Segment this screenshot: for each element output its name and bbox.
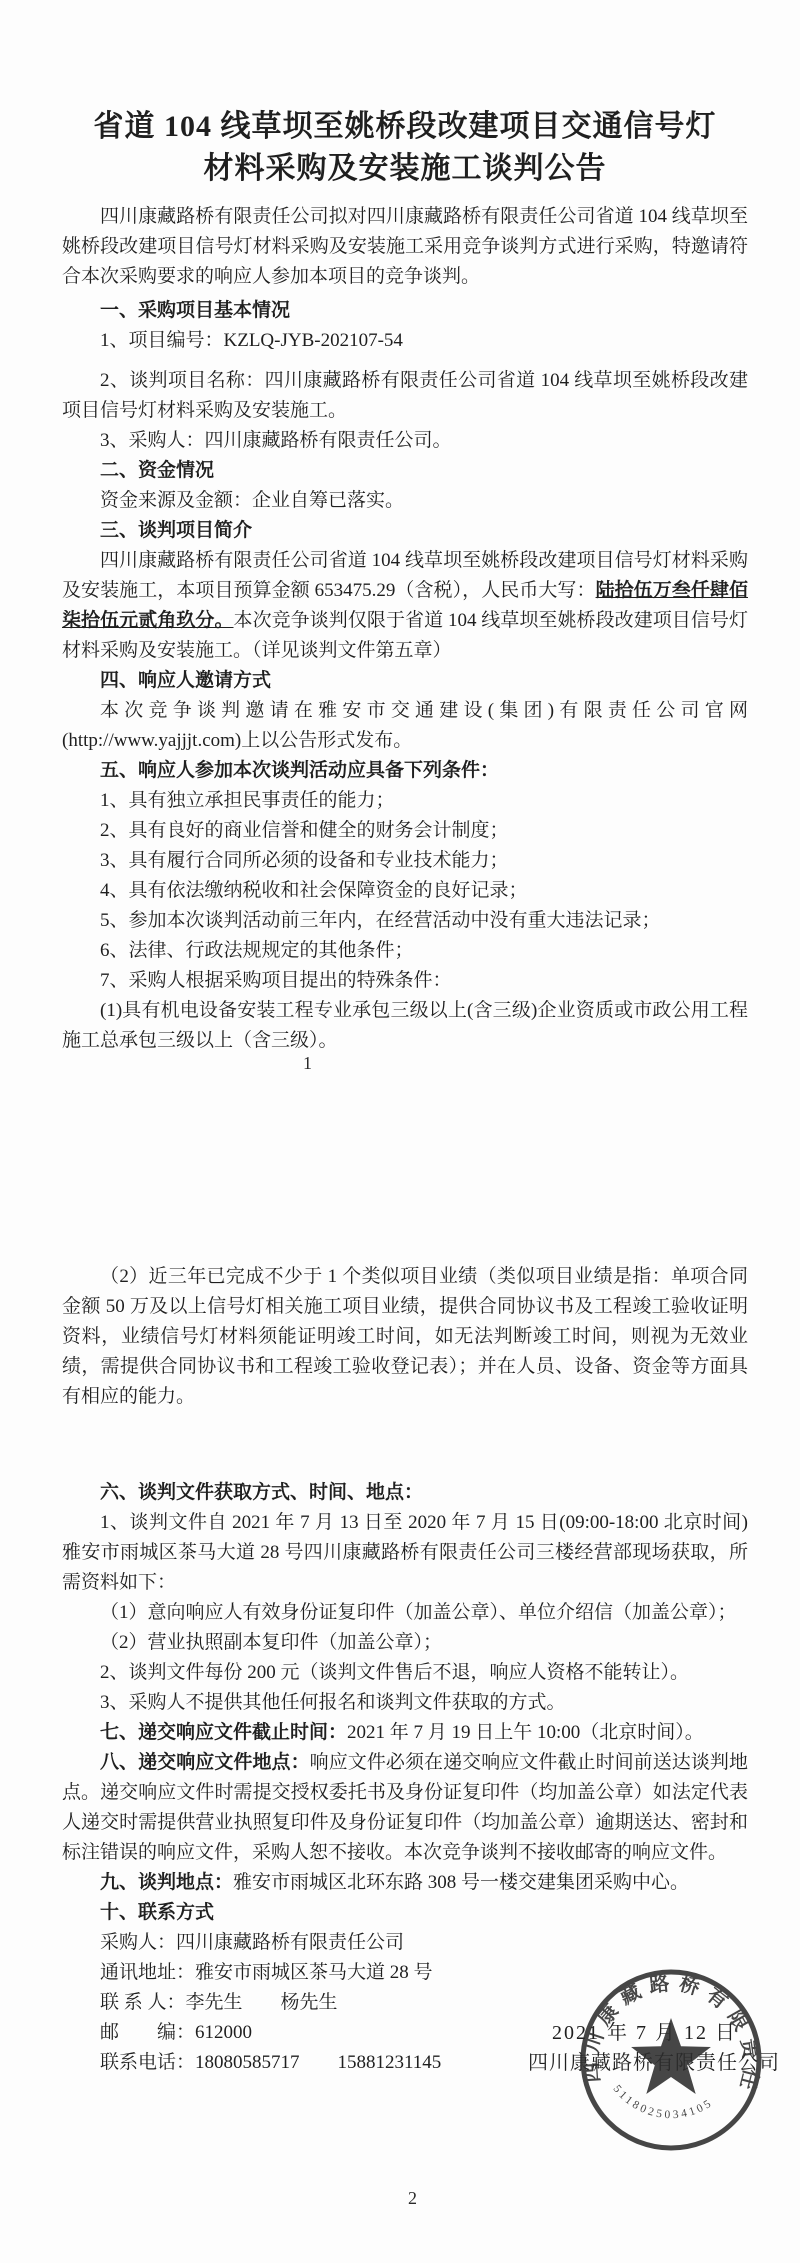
section-heading: 一、采购项目基本情况: [62, 296, 748, 326]
seal-serial-number: 5118025034105: [611, 2083, 716, 2121]
paragraph: （2）近三年已完成不少于 1 个类似项目业绩（类似项目业绩是指：单项合同金额 5…: [62, 1262, 748, 1412]
text-run: 十、联系方式: [100, 1902, 214, 1923]
paragraph: （2）营业执照副本复印件（加盖公章）；: [62, 1628, 748, 1658]
paragraph: 2、谈判项目名称：四川康藏路桥有限责任公司省道 104 线草坝至姚桥段改建项目信…: [62, 366, 748, 426]
text-run: 资金来源及金额：企业自筹已落实。: [100, 490, 404, 511]
text-run: 二、资金情况: [100, 460, 214, 481]
paragraph: 四川康藏路桥有限责任公司拟对四川康藏路桥有限责任公司省道 104 线草坝至姚桥段…: [62, 202, 748, 292]
paragraph: 2、具有良好的商业信誉和健全的财务会计制度；: [62, 816, 748, 846]
paragraph: 七、递交响应文件截止时间：2021 年 7 月 19 日上午 10:00（北京时…: [62, 1718, 748, 1748]
text-run: 6、法律、行政法规规定的其他条件；: [100, 940, 414, 961]
text-run: 四、响应人邀请方式: [100, 670, 271, 691]
company-seal: 四川康藏路桥有限责任公司 5118025034105: [576, 1963, 766, 2153]
paragraph: （1）意向响应人有效身份证复印件（加盖公章）、单位介绍信（加盖公章）；: [62, 1598, 748, 1628]
paragraph: 4、具有依法缴纳税收和社会保障资金的良好记录；: [62, 876, 748, 906]
page-number-1: 1: [303, 1053, 312, 1073]
section-heading: 六、谈判文件获取方式、时间、地点：: [62, 1478, 748, 1508]
page-2-body: （2）近三年已完成不少于 1 个类似项目业绩（类似项目业绩是指：单项合同金额 5…: [62, 1262, 748, 2078]
text-run: 四川康藏路桥有限责任公司拟对四川康藏路桥有限责任公司省道 104 线草坝至姚桥段…: [62, 206, 748, 287]
text-run: 1、项目编号：KZLQ-JYB-202107-54: [100, 330, 403, 351]
section-heading: 二、资金情况: [62, 456, 748, 486]
document-page: 省道 104 线草坝至姚桥段改建项目交通信号灯 材料采购及安装施工谈判公告 四川…: [0, 0, 800, 2263]
paragraph: 2、谈判文件每份 200 元（谈判文件售后不退，响应人资格不能转让）。: [62, 1658, 748, 1688]
paragraph: 3、具有履行合同所必须的设备和专业技术能力；: [62, 846, 748, 876]
paragraph: 四川康藏路桥有限责任公司省道 104 线草坝至姚桥段改建项目信号灯材料采购及安装…: [62, 546, 748, 666]
text-run: 联 系 人：李先生 杨先生: [100, 1992, 338, 2013]
paragraph: 1、谈判文件自 2021 年 7 月 13 日至 2020 年 7 月 15 日…: [62, 1508, 748, 1598]
document-title-line-2: 材料采购及安装施工谈判公告: [62, 148, 748, 190]
text-run: 雅安市雨城区北环东路 308 号一楼交建集团采购中心。: [233, 1872, 689, 1893]
text-run: 六、谈判文件获取方式、时间、地点：: [100, 1482, 423, 1503]
page-1-body: 四川康藏路桥有限责任公司拟对四川康藏路桥有限责任公司省道 104 线草坝至姚桥段…: [62, 202, 748, 1056]
page-number-2: 2: [408, 2188, 417, 2208]
paragraph: 3、采购人不提供其他任何报名和谈判文件获取的方式。: [62, 1688, 748, 1718]
section-heading: 五、响应人参加本次谈判活动应具备下列条件：: [62, 756, 748, 786]
text-run: 一、采购项目基本情况: [100, 300, 290, 321]
text-run: （1）意向响应人有效身份证复印件（加盖公章）、单位介绍信（加盖公章）；: [100, 1602, 737, 1623]
svg-text:5118025034105: 5118025034105: [611, 2083, 716, 2121]
star-icon: [631, 2018, 711, 2094]
paragraph: 九、谈判地点：雅安市雨城区北环东路 308 号一楼交建集团采购中心。: [62, 1868, 748, 1898]
text-run: （2）营业执照副本复印件（加盖公章）；: [100, 1632, 442, 1653]
text-run: 2021 年 7 月 19 日上午 10:00（北京时间）。: [347, 1722, 704, 1743]
text-run: 5、参加本次谈判活动前三年内，在经营活动中没有重大违法记录；: [100, 910, 661, 931]
text-run: 2、谈判项目名称：四川康藏路桥有限责任公司省道 104 线草坝至姚桥段改建项目信…: [62, 370, 748, 421]
text-run: 三、谈判项目简介: [100, 520, 252, 541]
paragraph: 1、项目编号：KZLQ-JYB-202107-54: [62, 326, 748, 356]
paragraph: (1)具有机电设备安装工程专业承包三级以上(含三级)企业资质或市政公用工程施工总…: [62, 996, 748, 1056]
text-run: 九、谈判地点：: [100, 1872, 233, 1893]
text-run: 1、具有独立承担民事责任的能力；: [100, 790, 395, 811]
section-heading: 十、联系方式: [62, 1898, 748, 1928]
section-heading: 三、谈判项目简介: [62, 516, 748, 546]
document-title-line-1: 省道 104 线草坝至姚桥段改建项目交通信号灯: [62, 106, 748, 148]
text-run: 3、采购人不提供其他任何报名和谈判文件获取的方式。: [100, 1692, 566, 1713]
text-run: 通讯地址：雅安市雨城区茶马大道 28 号: [100, 1962, 433, 1983]
text-run: 采购人：四川康藏路桥有限责任公司: [100, 1932, 404, 1953]
text-run: 1、谈判文件自 2021 年 7 月 13 日至 2020 年 7 月 15 日…: [62, 1512, 748, 1593]
paragraph: 本次竞争谈判邀请在雅安市交通建设(集团)有限责任公司官网(http://www.…: [62, 696, 748, 756]
paragraph: 1、具有独立承担民事责任的能力；: [62, 786, 748, 816]
paragraph: 3、采购人：四川康藏路桥有限责任公司。: [62, 426, 748, 456]
text-run: 七、递交响应文件截止时间：: [100, 1722, 347, 1743]
paragraph: 5、参加本次谈判活动前三年内，在经营活动中没有重大违法记录；: [62, 906, 748, 936]
paragraph: 八、递交响应文件地点：响应文件必须在递交响应文件截止时间前送达谈判地点。递交响应…: [62, 1748, 748, 1868]
section-heading: 四、响应人邀请方式: [62, 666, 748, 696]
text-run: 本次竞争谈判邀请在雅安市交通建设(集团)有限责任公司官网(http://www.…: [62, 700, 748, 751]
text-run: 2、谈判文件每份 200 元（谈判文件售后不退，响应人资格不能转让）。: [100, 1662, 689, 1683]
text-run: 八、递交响应文件地点：: [100, 1752, 310, 1773]
text-run: 2、具有良好的商业信誉和健全的财务会计制度；: [100, 820, 509, 841]
paragraph: 资金来源及金额：企业自筹已落实。: [62, 486, 748, 516]
paragraph: 采购人：四川康藏路桥有限责任公司: [62, 1928, 748, 1958]
text-run: 联系电话：18080585717 15881231145: [100, 2052, 441, 2073]
paragraph: 7、采购人根据采购项目提出的特殊条件：: [62, 966, 748, 996]
text-run: (1)具有机电设备安装工程专业承包三级以上(含三级)企业资质或市政公用工程施工总…: [62, 1000, 748, 1051]
document-title: 省道 104 线草坝至姚桥段改建项目交通信号灯 材料采购及安装施工谈判公告: [62, 0, 748, 190]
text-run: 3、采购人：四川康藏路桥有限责任公司。: [100, 430, 452, 451]
text-run: （2）近三年已完成不少于 1 个类似项目业绩（类似项目业绩是指：单项合同金额 5…: [62, 1266, 748, 1407]
text-run: 邮 编：612000: [100, 2022, 252, 2043]
paragraph: 6、法律、行政法规规定的其他条件；: [62, 936, 748, 966]
text-run: 五、响应人参加本次谈判活动应具备下列条件：: [100, 760, 499, 781]
text-run: 4、具有依法缴纳税收和社会保障资金的良好记录；: [100, 880, 528, 901]
text-run: 7、采购人根据采购项目提出的特殊条件：: [100, 970, 452, 991]
text-run: 3、具有履行合同所必须的设备和专业技术能力；: [100, 850, 509, 871]
